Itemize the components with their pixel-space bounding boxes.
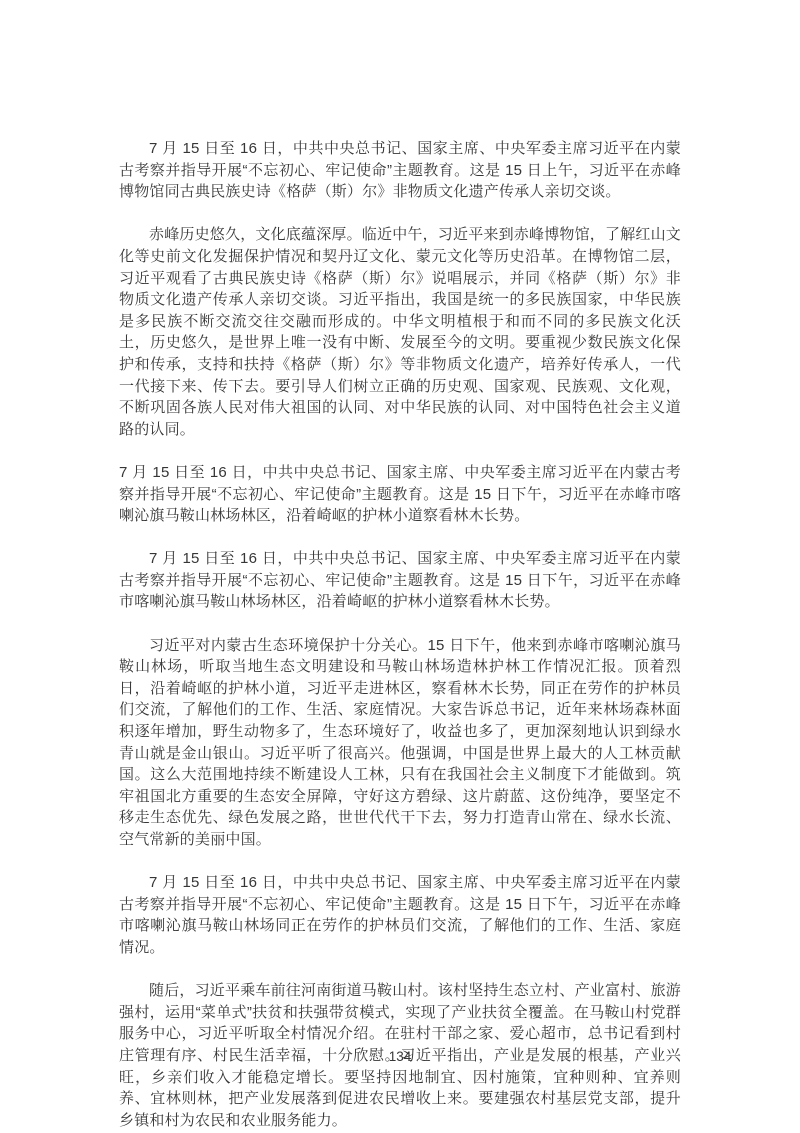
paragraph: 7 月 15 日至 16 日，中共中央总书记、国家主席、中央军委主席习近平在内蒙… <box>119 462 681 527</box>
paragraph: 习近平对内蒙古生态环境保护十分关心。15 日下午，他来到赤峰市喀喇沁旗马鞍山林场… <box>119 635 681 851</box>
document-page: 7 月 15 日至 16 日，中共中央总书记、国家主席、中央军委主席习近平在内蒙… <box>0 0 800 1133</box>
paragraph: 7 月 15 日至 16 日，中共中央总书记、国家主席、中央军委主席习近平在内蒙… <box>119 548 681 613</box>
paragraph: 7 月 15 日至 16 日，中共中央总书记、国家主席、中央军委主席习近平在内蒙… <box>119 872 681 958</box>
page-number: 134 <box>0 1048 800 1066</box>
paragraph: 7 月 15 日至 16 日，中共中央总书记、国家主席、中央军委主席习近平在内蒙… <box>119 138 681 203</box>
document-body: 7 月 15 日至 16 日，中共中央总书记、国家主席、中央军委主席习近平在内蒙… <box>119 138 681 1131</box>
paragraph: 赤峰历史悠久，文化底蕴深厚。临近中午，习近平来到赤峰博物馆，了解红山文化等史前文… <box>119 224 681 440</box>
